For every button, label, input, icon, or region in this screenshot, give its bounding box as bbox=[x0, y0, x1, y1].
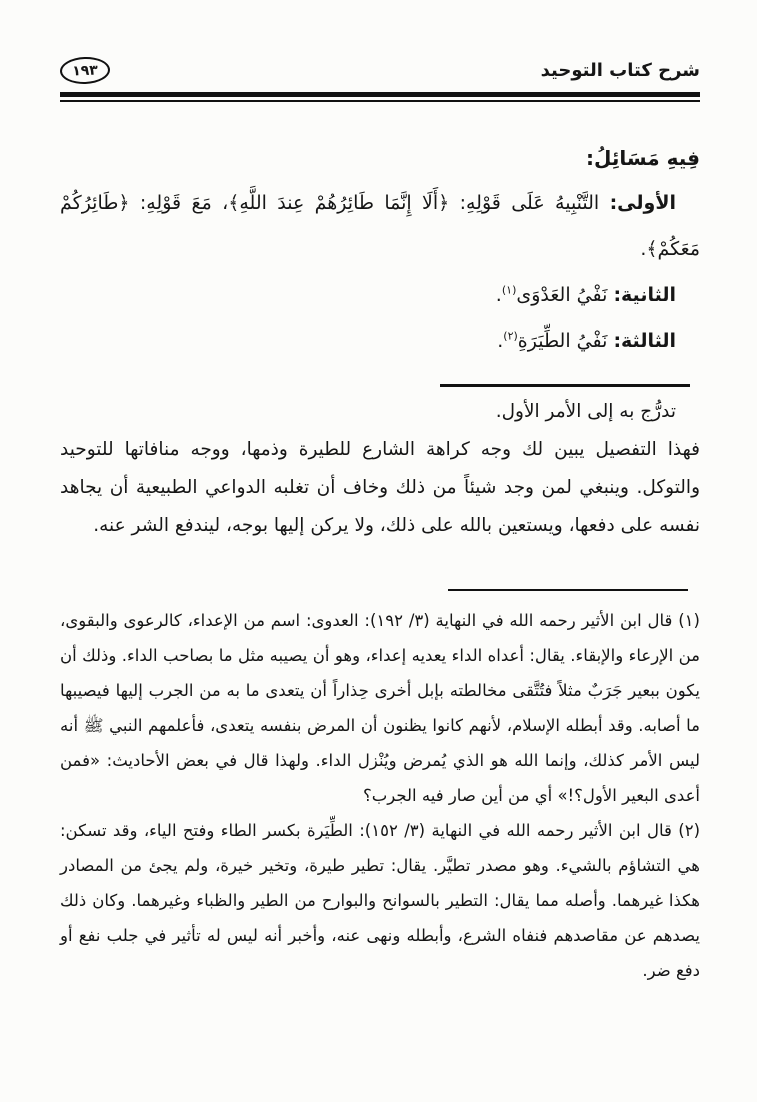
footnote-ref-2: (٢) bbox=[503, 330, 518, 343]
header-rule bbox=[60, 92, 700, 102]
list-item-label: الثالثة: bbox=[613, 330, 676, 352]
list-item-text: التَّنْبِيهُ عَلَى قَوْلِهِ: ﴿أَلَا إِنَ… bbox=[60, 192, 700, 260]
footnote-marker: (١) bbox=[678, 611, 700, 630]
page-number: ١٩٣ bbox=[72, 62, 98, 79]
footnote-text: قال ابن الأثير رحمه الله في النهاية (٣/ … bbox=[60, 611, 700, 805]
footnote-text: قال ابن الأثير رحمه الله في النهاية (٣/ … bbox=[60, 821, 700, 980]
page-body: فِيهِ مَسَائِلُ: الأولى: التَّنْبِيهُ عَ… bbox=[60, 146, 700, 545]
running-head-title: شرح كتاب التوحيد bbox=[541, 60, 700, 81]
list-item-third: الثالثة: نَفْيُ الطِّيَرَةِ(٢). bbox=[60, 318, 700, 364]
book-page: شرح كتاب التوحيد ١٩٣ فِيهِ مَسَائِلُ: ال… bbox=[0, 0, 757, 1102]
commentary-paragraph: فهذا التفصيل يبين لك وجه كراهة الشارع لل… bbox=[60, 431, 700, 545]
footnote-marker: (٢) bbox=[678, 821, 700, 840]
footnote-2: (٢) قال ابن الأثير رحمه الله في النهاية … bbox=[60, 813, 700, 988]
section-divider bbox=[440, 384, 690, 387]
list-item-label: الثانية: bbox=[613, 284, 676, 306]
commentary-intro: تدرُّج به إلى الأمر الأول. bbox=[60, 393, 700, 431]
list-item-second: الثانية: نَفْيُ العَدْوَى(١). bbox=[60, 272, 700, 318]
list-item-text: نَفْيُ الطِّيَرَةِ bbox=[518, 330, 608, 352]
list-item-first: الأولى: التَّنْبِيهُ عَلَى قَوْلِهِ: ﴿أَ… bbox=[60, 180, 700, 272]
page-header: شرح كتاب التوحيد ١٩٣ bbox=[60, 52, 700, 88]
footnotes-section: (١) قال ابن الأثير رحمه الله في النهاية … bbox=[60, 589, 700, 988]
list-item-text: نَفْيُ العَدْوَى bbox=[516, 284, 607, 306]
masail-heading: فِيهِ مَسَائِلُ: bbox=[60, 146, 700, 170]
page-number-badge: ١٩٣ bbox=[60, 56, 111, 85]
footnote-ref-1: (١) bbox=[502, 284, 517, 297]
footnote-1: (١) قال ابن الأثير رحمه الله في النهاية … bbox=[60, 603, 700, 813]
list-item-label: الأولى: bbox=[610, 192, 676, 214]
footnote-separator bbox=[448, 589, 688, 591]
